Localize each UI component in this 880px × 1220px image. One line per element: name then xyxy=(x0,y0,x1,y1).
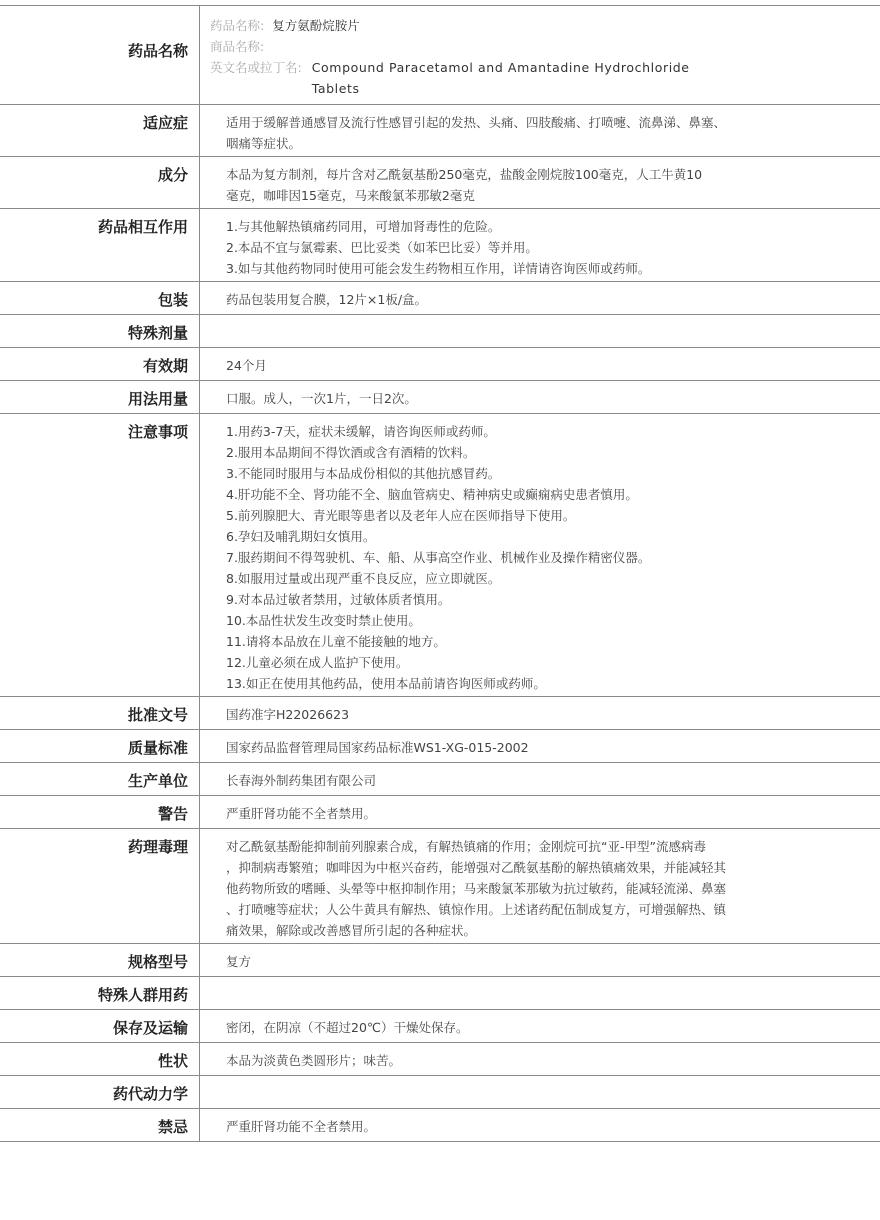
text-line: 他药物所致的嗜睡、头晕等中枢抑制作用；马来酸氯苯那敏为抗过敏药，能减轻流涕、鼻塞 xyxy=(226,878,880,899)
row-appearance: 性状 本品为淡黄色类圆形片；味苦。 xyxy=(0,1043,880,1076)
row-label: 包装 xyxy=(0,282,200,314)
row-precautions: 注意事项 1.用药3-7天，症状未缓解，请咨询医师或药师。 2.服用本品期间不得… xyxy=(0,414,880,697)
list-item: 8.如服用过量或出现严重不良反应，应立即就医。 xyxy=(226,568,880,589)
row-value xyxy=(200,1076,880,1108)
list-item: 1.用药3-7天，症状未缓解，请咨询医师或药师。 xyxy=(226,421,880,442)
list-item: 6.孕妇及哺乳期妇女慎用。 xyxy=(226,526,880,547)
row-label: 禁忌 xyxy=(0,1109,200,1141)
row-value: 复方 xyxy=(200,944,880,976)
row-value: 1.与其他解热镇痛药同用，可增加肾毒性的危险。 2.本品不宜与氯霉素、巴比妥类（… xyxy=(200,209,880,281)
row-label: 警告 xyxy=(0,796,200,828)
row-value: 密闭，在阴凉（不超过20℃）干燥处保存。 xyxy=(200,1010,880,1042)
row-special-dosage: 特殊剂量 xyxy=(0,315,880,348)
row-pharmacology: 药理毒理 对乙酰氨基酚能抑制前列腺素合成，有解热镇痛的作用；金刚烷可抗“亚-甲型… xyxy=(0,829,880,944)
row-value: 国家药品监督管理局国家药品标准WS1-XG-015-2002 xyxy=(200,730,880,762)
row-label: 有效期 xyxy=(0,348,200,380)
list-item: 7.服药期间不得驾驶机、车、船、从事高空作业、机械作业及操作精密仪器。 xyxy=(226,547,880,568)
trade-name-key: 商品名称: xyxy=(210,36,264,57)
row-value: 本品为复方制剂，每片含对乙酰氨基酚250毫克，盐酸金刚烷胺100毫克，人工牛黄1… xyxy=(200,157,880,208)
row-packaging: 包装 药品包装用复合膜，12片×1板/盒。 xyxy=(0,282,880,315)
trade-name: 商品名称: xyxy=(210,36,880,57)
row-label: 性状 xyxy=(0,1043,200,1075)
text-line: 适用于缓解普通感冒及流行性感冒引起的发热、头痛、四肢酸痛、打喷嚏、流鼻涕、鼻塞、 xyxy=(226,112,880,133)
row-label: 特殊剂量 xyxy=(0,315,200,347)
row-drug-name: 药品名称 药品名称: 复方氨酚烷胺片 商品名称: 英文名或拉丁名: Compou… xyxy=(0,6,880,105)
row-approval-number: 批准文号 国药准字H22026623 xyxy=(0,697,880,730)
row-quality-standard: 质量标准 国家药品监督管理局国家药品标准WS1-XG-015-2002 xyxy=(0,730,880,763)
row-value: 国药准字H22026623 xyxy=(200,697,880,729)
row-label: 药品名称 xyxy=(0,6,200,104)
row-value: 对乙酰氨基酚能抑制前列腺素合成，有解热镇痛的作用；金刚烷可抗“亚-甲型”流感病毒… xyxy=(200,829,880,943)
row-value: 长春海外制药集团有限公司 xyxy=(200,763,880,795)
list-item: 12.儿童必须在成人监护下使用。 xyxy=(226,652,880,673)
row-label: 生产单位 xyxy=(0,763,200,795)
row-interactions: 药品相互作用 1.与其他解热镇痛药同用，可增加肾毒性的危险。 2.本品不宜与氯霉… xyxy=(0,209,880,282)
list-item: 9.对本品过敏者禁用，过敏体质者慎用。 xyxy=(226,589,880,610)
english-name-value: Compound Paracetamol and Amantadine Hydr… xyxy=(302,57,690,99)
row-ingredients: 成分 本品为复方制剂，每片含对乙酰氨基酚250毫克，盐酸金刚烷胺100毫克，人工… xyxy=(0,157,880,209)
row-value: 本品为淡黄色类圆形片；味苦。 xyxy=(200,1043,880,1075)
row-value: 口服。成人，一次1片，一日2次。 xyxy=(200,381,880,413)
row-warning: 警告 严重肝肾功能不全者禁用。 xyxy=(0,796,880,829)
row-shelf-life: 有效期 24个月 xyxy=(0,348,880,381)
english-name-line-1: Compound Paracetamol and Amantadine Hydr… xyxy=(312,57,690,78)
row-contraindications: 禁忌 严重肝肾功能不全者禁用。 xyxy=(0,1109,880,1142)
row-label: 药代动力学 xyxy=(0,1076,200,1108)
row-label: 批准文号 xyxy=(0,697,200,729)
list-item: 4.肝功能不全、肾功能不全、脑血管病史、精神病史或癫痫病史患者慎用。 xyxy=(226,484,880,505)
row-label: 保存及运输 xyxy=(0,1010,200,1042)
row-label: 用法用量 xyxy=(0,381,200,413)
row-special-population: 特殊人群用药 xyxy=(0,977,880,1010)
text-line: 本品为复方制剂，每片含对乙酰氨基酚250毫克，盐酸金刚烷胺100毫克，人工牛黄1… xyxy=(226,164,880,185)
generic-name: 药品名称: 复方氨酚烷胺片 xyxy=(210,15,880,36)
text-line: 咽痛等症状。 xyxy=(226,133,880,154)
text-line: 对乙酰氨基酚能抑制前列腺素合成，有解热镇痛的作用；金刚烷可抗“亚-甲型”流感病毒 xyxy=(226,836,880,857)
list-item: 2.本品不宜与氯霉素、巴比妥类（如苯巴比妥）等并用。 xyxy=(226,237,880,258)
row-value: 严重肝肾功能不全者禁用。 xyxy=(200,796,880,828)
row-label: 注意事项 xyxy=(0,414,200,696)
generic-name-key: 药品名称: xyxy=(210,15,264,36)
english-name-line-2: Tablets xyxy=(312,78,690,99)
row-specification: 规格型号 复方 xyxy=(0,944,880,977)
row-indications: 适应症 适用于缓解普通感冒及流行性感冒引起的发热、头痛、四肢酸痛、打喷嚏、流鼻涕… xyxy=(0,105,880,157)
text-line: 毫克，咖啡因15毫克，马来酸氯苯那敏2毫克 xyxy=(226,185,880,206)
list-item: 1.与其他解热镇痛药同用，可增加肾毒性的危险。 xyxy=(226,216,880,237)
drug-name-block: 药品名称: 复方氨酚烷胺片 商品名称: 英文名或拉丁名: Compound Pa… xyxy=(200,6,880,104)
list-item: 5.前列腺肥大、青光眼等患者以及老年人应在医师指导下使用。 xyxy=(226,505,880,526)
english-name-key: 英文名或拉丁名: xyxy=(210,57,302,99)
text-line: 痛效果，解除或改善感冒所引起的各种症状。 xyxy=(226,920,880,941)
row-label: 质量标准 xyxy=(0,730,200,762)
row-label: 药理毒理 xyxy=(0,829,200,943)
row-label: 规格型号 xyxy=(0,944,200,976)
list-item: 11.请将本品放在儿童不能接触的地方。 xyxy=(226,631,880,652)
row-usage: 用法用量 口服。成人，一次1片，一日2次。 xyxy=(0,381,880,414)
list-item: 10.本品性状发生改变时禁止使用。 xyxy=(226,610,880,631)
list-item: 2.服用本品期间不得饮酒或含有酒精的饮料。 xyxy=(226,442,880,463)
row-value: 适用于缓解普通感冒及流行性感冒引起的发热、头痛、四肢酸痛、打喷嚏、流鼻涕、鼻塞、… xyxy=(200,105,880,156)
row-label: 药品相互作用 xyxy=(0,209,200,281)
drug-info-table: 药品名称 药品名称: 复方氨酚烷胺片 商品名称: 英文名或拉丁名: Compou… xyxy=(0,5,880,1142)
list-item: 3.如与其他药物同时使用可能会发生药物相互作用，详情请咨询医师或药师。 xyxy=(226,258,880,279)
row-pharmacokinetics: 药代动力学 xyxy=(0,1076,880,1109)
row-value: 药品包装用复合膜，12片×1板/盒。 xyxy=(200,282,880,314)
row-value xyxy=(200,315,880,347)
text-line: 、打喷嚏等症状；人公牛黄具有解热、镇惊作用。上述诸药配伍制成复方，可增强解热、镇 xyxy=(226,899,880,920)
row-value xyxy=(200,977,880,1009)
row-label: 适应症 xyxy=(0,105,200,156)
english-name: 英文名或拉丁名: Compound Paracetamol and Amanta… xyxy=(210,57,880,99)
row-manufacturer: 生产单位 长春海外制药集团有限公司 xyxy=(0,763,880,796)
list-item: 13.如正在使用其他药品，使用本品前请咨询医师或药师。 xyxy=(226,673,880,694)
row-label: 特殊人群用药 xyxy=(0,977,200,1009)
list-item: 3.不能同时服用与本品成份相似的其他抗感冒药。 xyxy=(226,463,880,484)
text-line: ，抑制病毒繁殖；咖啡因为中枢兴奋药，能增强对乙酰氨基酚的解热镇痛效果，并能减轻其 xyxy=(226,857,880,878)
row-label: 成分 xyxy=(0,157,200,208)
row-value: 严重肝肾功能不全者禁用。 xyxy=(200,1109,880,1141)
row-value: 1.用药3-7天，症状未缓解，请咨询医师或药师。 2.服用本品期间不得饮酒或含有… xyxy=(200,414,880,696)
generic-name-value: 复方氨酚烷胺片 xyxy=(264,15,360,36)
row-storage: 保存及运输 密闭，在阴凉（不超过20℃）干燥处保存。 xyxy=(0,1010,880,1043)
row-value: 24个月 xyxy=(200,348,880,380)
